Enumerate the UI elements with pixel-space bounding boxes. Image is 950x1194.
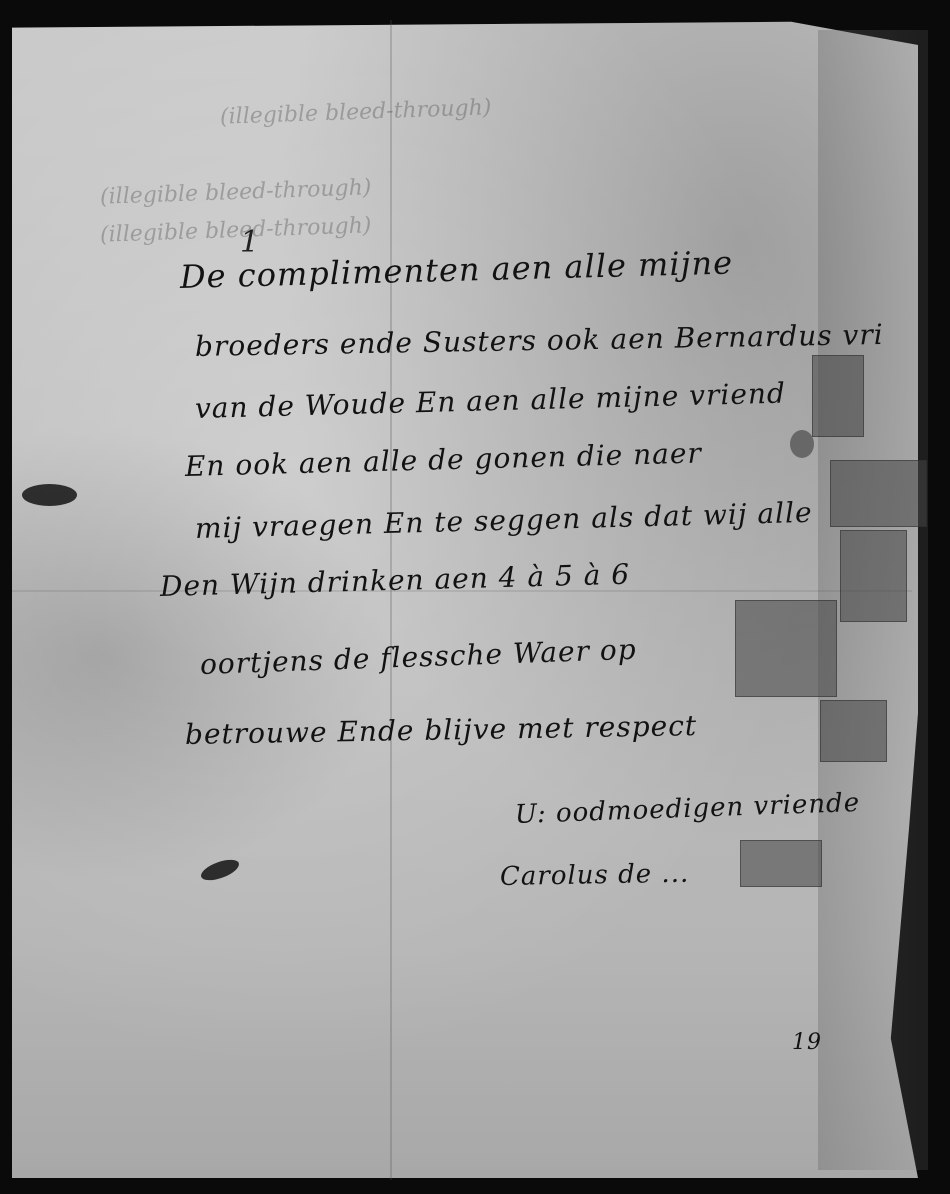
- tape-patch: [820, 700, 887, 762]
- ink-stain: [790, 430, 814, 458]
- margin-fragment: 19: [792, 1030, 822, 1055]
- tape-patch: [812, 355, 864, 437]
- tape-patch: [830, 460, 927, 527]
- fold-line-vertical: [390, 20, 392, 1180]
- tape-patch: [840, 530, 907, 622]
- ink-stain: [22, 484, 77, 506]
- corner-mark: 1: [240, 225, 259, 260]
- tape-patch: [735, 600, 837, 697]
- tape-patch: [740, 840, 822, 887]
- signature: Carolus de ...: [500, 859, 690, 892]
